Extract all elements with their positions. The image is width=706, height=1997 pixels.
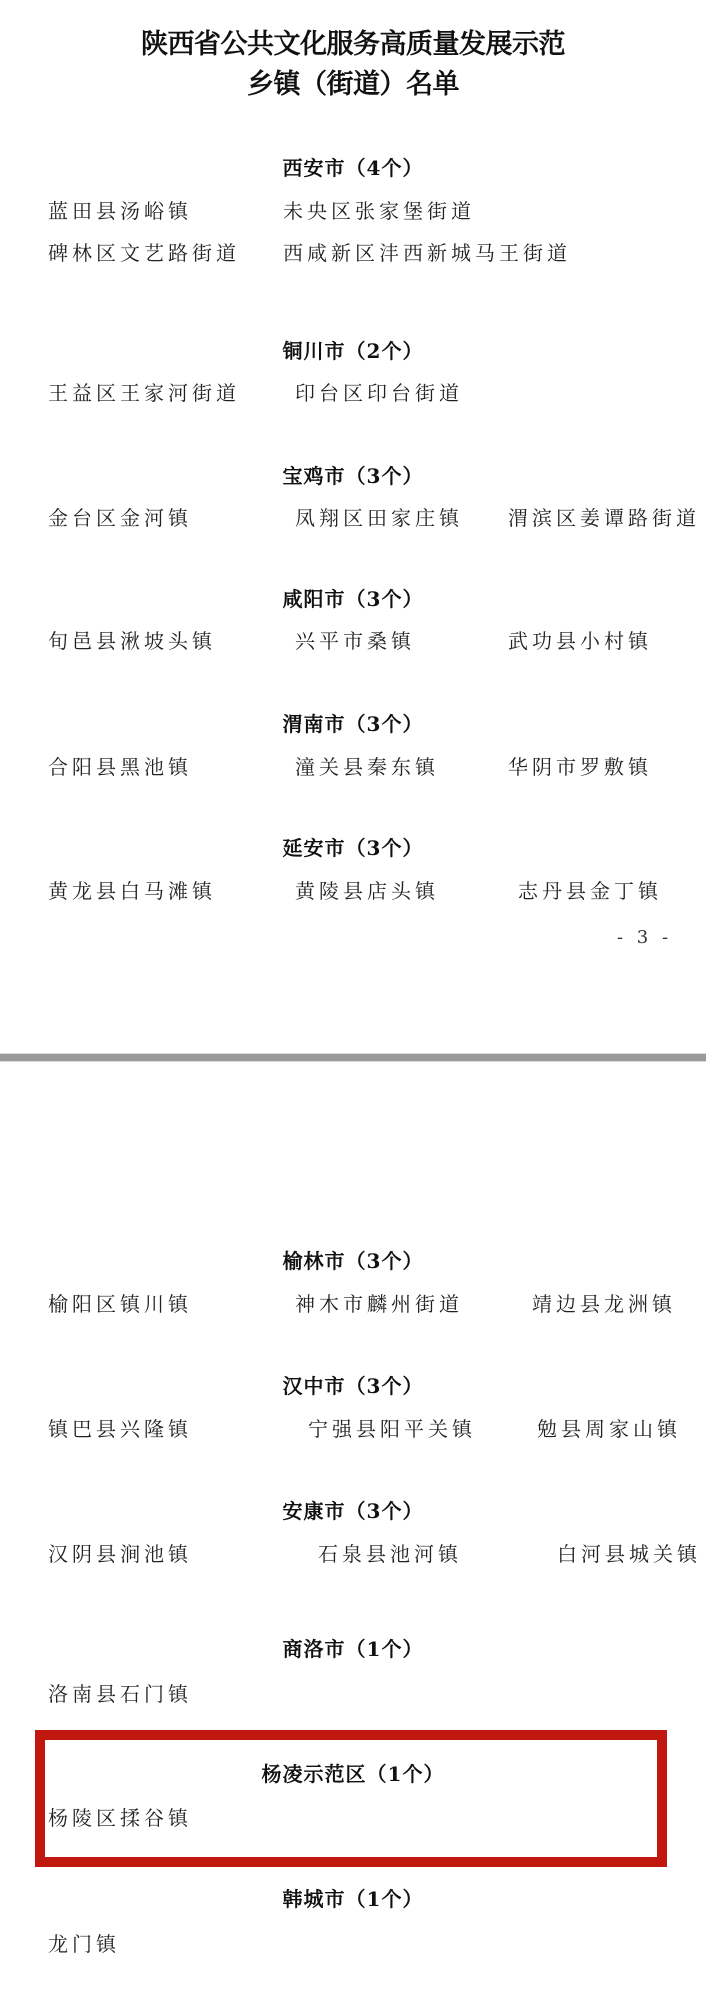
list-item: 王益区王家河街道 (48, 377, 240, 406)
list-item: 西咸新区沣西新城马王街道 (283, 237, 571, 266)
list-item: 蓝田县汤峪镇 (48, 195, 192, 224)
city-heading-xianyang: 咸阳市（3个） (0, 583, 706, 612)
list-item: 志丹县金丁镇 (518, 875, 662, 904)
list-item: 印台区印台街道 (295, 377, 463, 406)
list-item: 华阴市罗敷镇 (508, 751, 652, 780)
list-item: 龙门镇 (48, 1928, 120, 1957)
list-item: 神木市麟州街道 (295, 1288, 463, 1317)
city-heading-ankang: 安康市（3个） (0, 1495, 706, 1524)
list-item: 榆阳区镇川镇 (48, 1288, 192, 1317)
city-heading-baoji: 宝鸡市（3个） (0, 460, 706, 489)
list-item: 旬邑县湫坡头镇 (48, 625, 216, 654)
list-item: 兴平市桑镇 (295, 625, 415, 654)
list-item: 勉县周家山镇 (537, 1413, 681, 1442)
list-item: 金台区金河镇 (48, 502, 192, 531)
city-heading-yangling: 杨凌示范区（1个） (0, 1758, 706, 1787)
list-item: 白河县城关镇 (557, 1538, 701, 1567)
list-item: 武功县小村镇 (508, 625, 652, 654)
list-item: 靖边县龙洲镇 (532, 1288, 676, 1317)
list-item: 未央区张家堡街道 (283, 195, 475, 224)
list-item: 杨陵区揉谷镇 (48, 1802, 192, 1831)
city-heading-yanan: 延安市（3个） (0, 832, 706, 861)
highlight-box-yangling (35, 1730, 667, 1867)
city-heading-yulin: 榆林市（3个） (0, 1245, 706, 1274)
list-item: 潼关县秦东镇 (295, 751, 439, 780)
list-item: 洛南县石门镇 (48, 1678, 192, 1707)
list-item: 汉阴县涧池镇 (48, 1538, 192, 1567)
list-item: 黄陵县店头镇 (295, 875, 439, 904)
city-heading-xian: 西安市（4个） (0, 152, 706, 181)
page-number: - 3 - (617, 927, 672, 948)
list-item: 碑林区文艺路街道 (48, 237, 240, 266)
list-item: 凤翔区田家庄镇 (295, 502, 463, 531)
document-title-line1: 陕西省公共文化服务高质量发展示范 (0, 22, 706, 61)
list-item: 镇巴县兴隆镇 (48, 1413, 192, 1442)
city-heading-shangluo: 商洛市（1个） (0, 1633, 706, 1662)
list-item: 黄龙县白马滩镇 (48, 875, 216, 904)
city-heading-hancheng: 韩城市（1个） (0, 1883, 706, 1912)
page-divider (0, 1053, 706, 1062)
document-title-line2: 乡镇（街道）名单 (0, 62, 706, 101)
list-item: 宁强县阳平关镇 (308, 1413, 476, 1442)
city-heading-hanzhong: 汉中市（3个） (0, 1370, 706, 1399)
list-item: 渭滨区姜谭路街道 (508, 502, 700, 531)
city-heading-tongchuan: 铜川市（2个） (0, 335, 706, 364)
list-item: 石泉县池河镇 (318, 1538, 462, 1567)
list-item: 合阳县黑池镇 (48, 751, 192, 780)
city-heading-weinan: 渭南市（3个） (0, 708, 706, 737)
